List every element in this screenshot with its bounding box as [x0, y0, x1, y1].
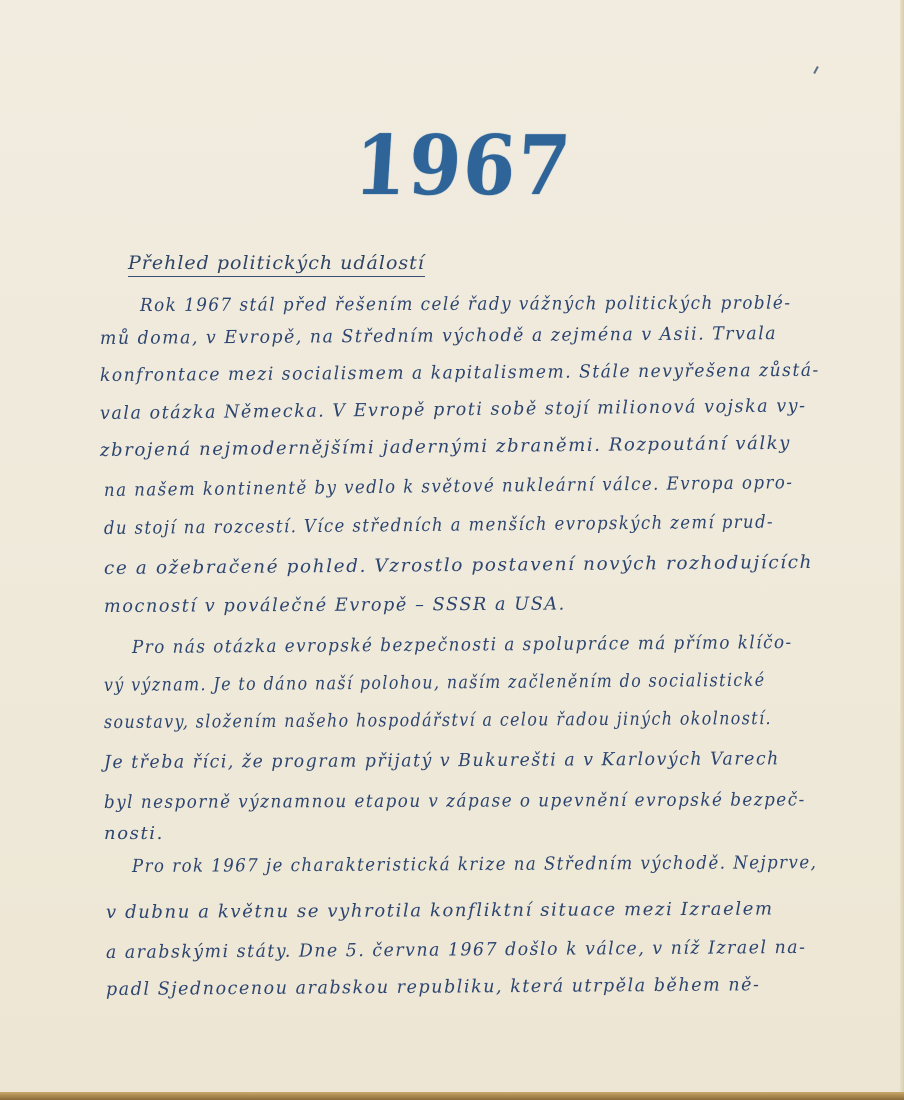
year-title: 1967: [351, 118, 575, 214]
text-line: mů doma, v Evropě, na Středním východě a…: [100, 323, 777, 349]
text-line: byl nesporně významnou etapou v zápase o…: [104, 789, 806, 813]
text-line: konfrontace mezi socialismem a kapitalis…: [100, 360, 820, 386]
text-line: na našem kontinentě by vedlo k světové n…: [104, 472, 794, 501]
text-line: zbrojená nejmodernějšími jadernými zbran…: [100, 433, 791, 461]
text-line: ce a ožebračené pohled. Vzrostlo postave…: [104, 552, 813, 579]
text-line: soustavy, složením našeho hospodářství a…: [104, 708, 772, 733]
text-line: Rok 1967 stál před řešením celé řady váž…: [140, 293, 792, 316]
book-bottom-edge: [0, 1092, 904, 1100]
text-line: du stojí na rozcestí. Více středních a m…: [104, 512, 774, 539]
text-line: Pro nás otázka evropské bezpečnosti a sp…: [132, 632, 793, 658]
section-heading: Přehled politických událostí: [128, 252, 425, 277]
text-line: a arabskými státy. Dne 5. června 1967 do…: [106, 937, 807, 963]
corner-pen-mark: [813, 66, 819, 74]
text-line: Pro rok 1967 je charakteristická krize n…: [132, 852, 817, 877]
page-right-edge: [900, 0, 904, 1092]
text-line: mocností v poválečné Evropě – SSSR a USA…: [104, 594, 566, 617]
text-line: Je třeba říci, že program přijatý v Buku…: [104, 748, 780, 773]
text-line: padl Sjednocenou arabskou republiku, kte…: [106, 974, 761, 1000]
text-line: vý význam. Je to dáno naší polohou, naší…: [104, 670, 766, 696]
text-line: vala otázka Německa. V Evropě proti sobě…: [100, 395, 807, 424]
text-line: v dubnu a květnu se vyhrotila konfliktní…: [106, 899, 774, 923]
manuscript-page: 1967 Přehled politických událostí Rok 19…: [0, 0, 904, 1100]
text-line: nosti.: [104, 823, 164, 844]
